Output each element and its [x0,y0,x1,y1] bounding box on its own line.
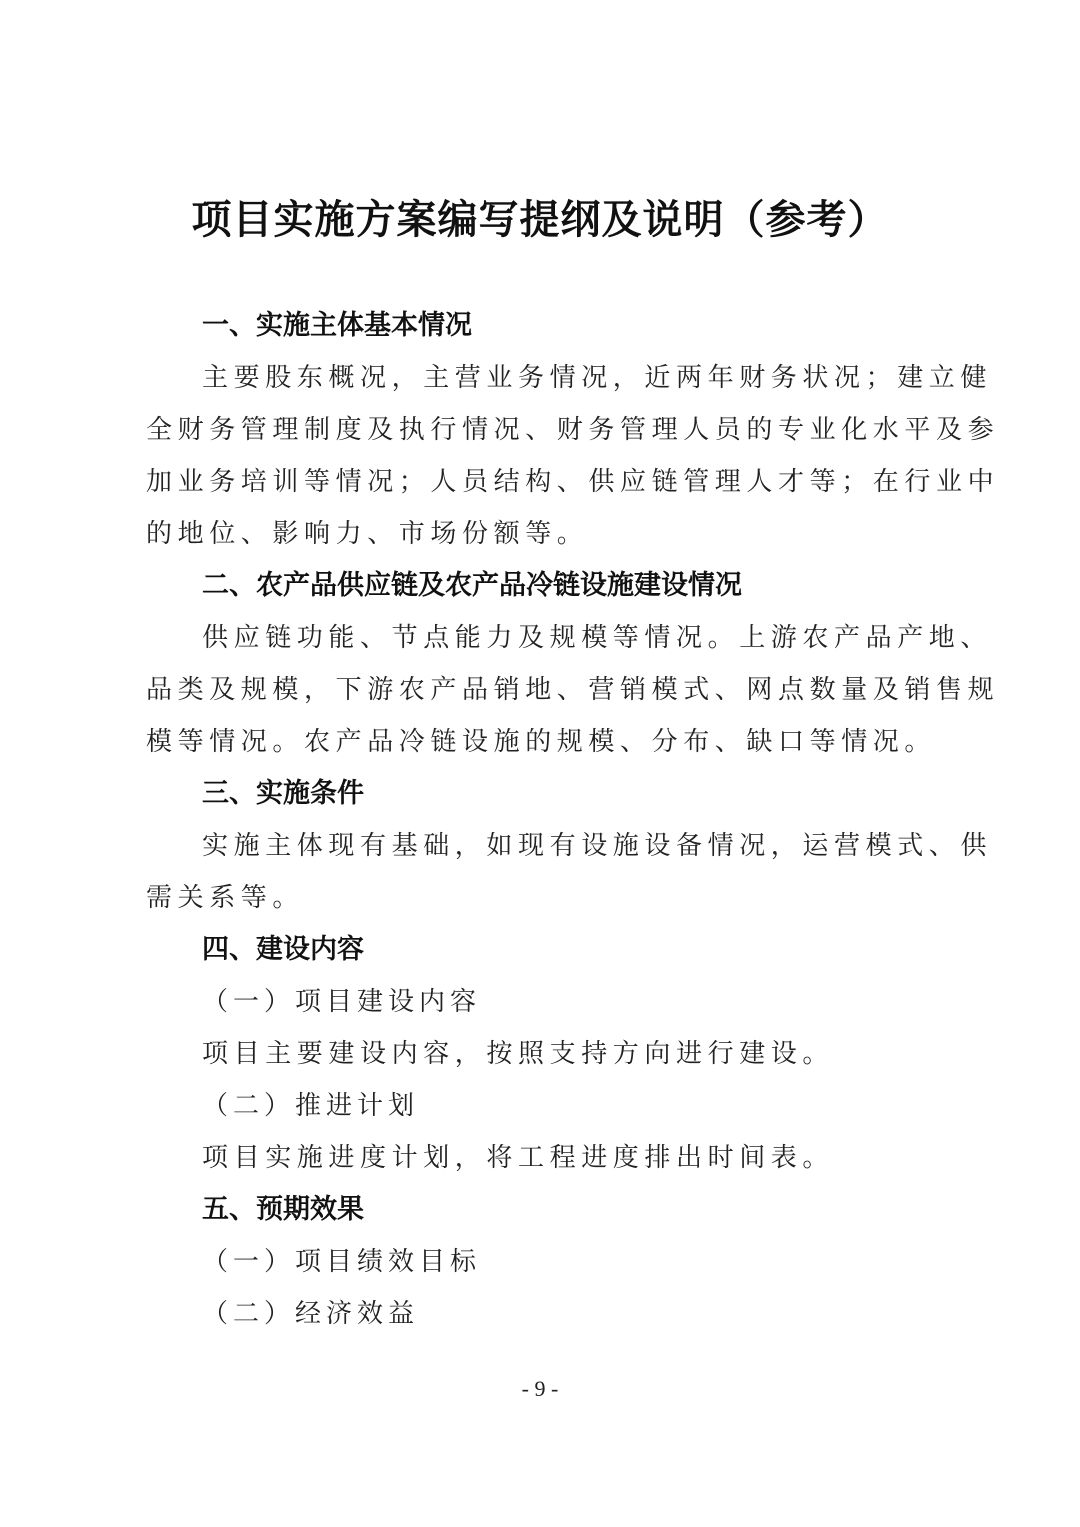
paragraph-line: 项目实施进度计划，将工程进度排出时间表。 [146,1132,930,1184]
paragraph-line: 需关系等。 [146,872,930,924]
section-heading-3: 三、实施条件 [146,768,930,820]
subsection-heading: （二）推进计划 [146,1080,930,1132]
paragraph-line: 主要股东概况，主营业务情况，近两年财务状况；建立健 [146,352,930,404]
subsection-heading: （一）项目绩效目标 [146,1236,930,1288]
section-heading-1: 一、实施主体基本情况 [146,300,930,352]
document-title: 项目实施方案编写提纲及说明（参考） [0,190,1080,250]
paragraph-line: 供应链功能、节点能力及规模等情况。上游农产品产地、 [146,612,930,664]
subsection-heading: （二）经济效益 [146,1288,930,1340]
section-heading-4: 四、建设内容 [146,924,930,976]
paragraph-line: 项目主要建设内容，按照支持方向进行建设。 [146,1028,930,1080]
paragraph-line: 模等情况。农产品冷链设施的规模、分布、缺口等情况。 [146,716,930,768]
subsection-heading: （一）项目建设内容 [146,976,930,1028]
document-page: 项目实施方案编写提纲及说明（参考） 一、实施主体基本情况 主要股东概况，主营业务… [0,0,1080,1527]
paragraph-line: 加业务培训等情况；人员结构、供应链管理人才等；在行业中 [146,456,930,508]
paragraph-line: 的地位、影响力、市场份额等。 [146,508,930,560]
paragraph-line: 品类及规模，下游农产品销地、营销模式、网点数量及销售规 [146,664,930,716]
paragraph-line: 全财务管理制度及执行情况、财务管理人员的专业化水平及参 [146,404,930,456]
paragraph-line: 实施主体现有基础，如现有设施设备情况，运营模式、供 [146,820,930,872]
section-heading-5: 五、预期效果 [146,1184,930,1236]
document-body: 一、实施主体基本情况 主要股东概况，主营业务情况，近两年财务状况；建立健 全财务… [146,300,930,1340]
section-heading-2: 二、农产品供应链及农产品冷链设施建设情况 [146,560,930,612]
page-number: - 9 - [0,1376,1080,1402]
